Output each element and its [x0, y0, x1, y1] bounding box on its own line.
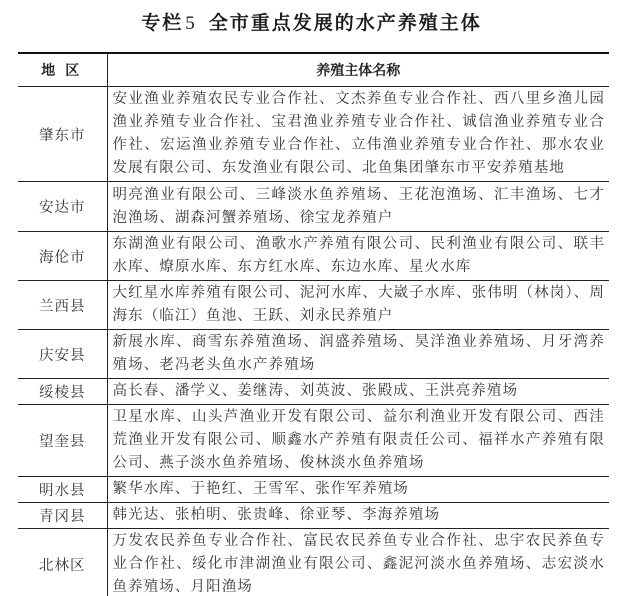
region-cell: 安达市 [18, 182, 107, 232]
table-row: 望奎县 卫星水库、山头芦渔业开发有限公司、益尔利渔业开发有限公司、西洼荒渔业开发… [18, 405, 609, 477]
region-cell: 绥棱县 [18, 379, 107, 405]
entities-cell: 新展水库、商雪东养殖渔场、润盛养殖场、昊洋渔业养殖场、月牙湾养殖场、老冯老头鱼水… [107, 330, 609, 379]
table-row: 安达市 明亮渔业有限公司、三峰淡水鱼养殖场、王花泡渔场、汇丰渔场、七才泡渔场、湖… [18, 182, 609, 232]
region-cell: 庆安县 [18, 330, 107, 379]
entities-cell: 安业渔业养殖农民专业合作社、文杰养鱼专业合作社、西八里乡渔儿园渔业养殖专业合作社… [107, 87, 609, 182]
title-number: 5 [185, 13, 197, 34]
entities-cell: 大红星水库养殖有限公司、泥河水库、大崴子水库、张伟明（林岗）、周海东（临江）鱼池… [107, 281, 609, 330]
header-row: 地区 养殖主体名称 [18, 53, 609, 87]
region-cell: 肇东市 [18, 87, 107, 182]
region-cell: 青冈县 [18, 503, 107, 529]
entities-cell: 明亮渔业有限公司、三峰淡水鱼养殖场、王花泡渔场、汇丰渔场、七才泡渔场、湖森河蟹养… [107, 182, 609, 232]
region-cell: 望奎县 [18, 405, 107, 477]
header-region: 地区 [18, 53, 107, 87]
aquaculture-entities-table: 地区 养殖主体名称 肇东市 安业渔业养殖农民专业合作社、文杰养鱼专业合作社、西八… [18, 52, 609, 596]
entities-cell: 卫星水库、山头芦渔业开发有限公司、益尔利渔业开发有限公司、西洼荒渔业开发有限公司… [107, 405, 609, 477]
table-row: 海伦市 东湖渔业有限公司、渔歌水产养殖有限公司、民利渔业有限公司、联丰水库、燎原… [18, 232, 609, 281]
table-title: 专栏5全市重点发展的水产养殖主体 [0, 8, 623, 35]
entities-cell: 万发农民养鱼专业合作社、富民农民养鱼专业合作社、忠宇农民养鱼专业合作社、绥化市津… [107, 529, 609, 596]
title-prefix: 专栏 [141, 12, 183, 34]
region-cell: 海伦市 [18, 232, 107, 281]
table-row: 兰西县 大红星水库养殖有限公司、泥河水库、大崴子水库、张伟明（林岗）、周海东（临… [18, 281, 609, 330]
table-row: 北林区 万发农民养鱼专业合作社、富民农民养鱼专业合作社、忠宇农民养鱼专业合作社、… [18, 529, 609, 596]
entities-cell: 繁华水库、于艳红、王雪军、张作军养殖场 [107, 477, 609, 503]
header-names: 养殖主体名称 [107, 53, 609, 87]
table-row: 青冈县 韩光达、张柏明、张贵峰、徐亚琴、李海养殖场 [18, 503, 609, 529]
table-row: 绥棱县 高长春、潘学义、姜继涛、刘英波、张殿成、王洪亮养殖场 [18, 379, 609, 405]
entities-cell: 韩光达、张柏明、张贵峰、徐亚琴、李海养殖场 [107, 503, 609, 529]
region-cell: 兰西县 [18, 281, 107, 330]
table-row: 庆安县 新展水库、商雪东养殖渔场、润盛养殖场、昊洋渔业养殖场、月牙湾养殖场、老冯… [18, 330, 609, 379]
entities-cell: 东湖渔业有限公司、渔歌水产养殖有限公司、民利渔业有限公司、联丰水库、燎原水库、东… [107, 232, 609, 281]
title-text: 全市重点发展的水产养殖主体 [209, 12, 482, 34]
table-row: 肇东市 安业渔业养殖农民专业合作社、文杰养鱼专业合作社、西八里乡渔儿园渔业养殖专… [18, 87, 609, 182]
entities-cell: 高长春、潘学义、姜继涛、刘英波、张殿成、王洪亮养殖场 [107, 379, 609, 405]
region-cell: 北林区 [18, 529, 107, 596]
table-row: 明水县 繁华水库、于艳红、王雪军、张作军养殖场 [18, 477, 609, 503]
region-cell: 明水县 [18, 477, 107, 503]
